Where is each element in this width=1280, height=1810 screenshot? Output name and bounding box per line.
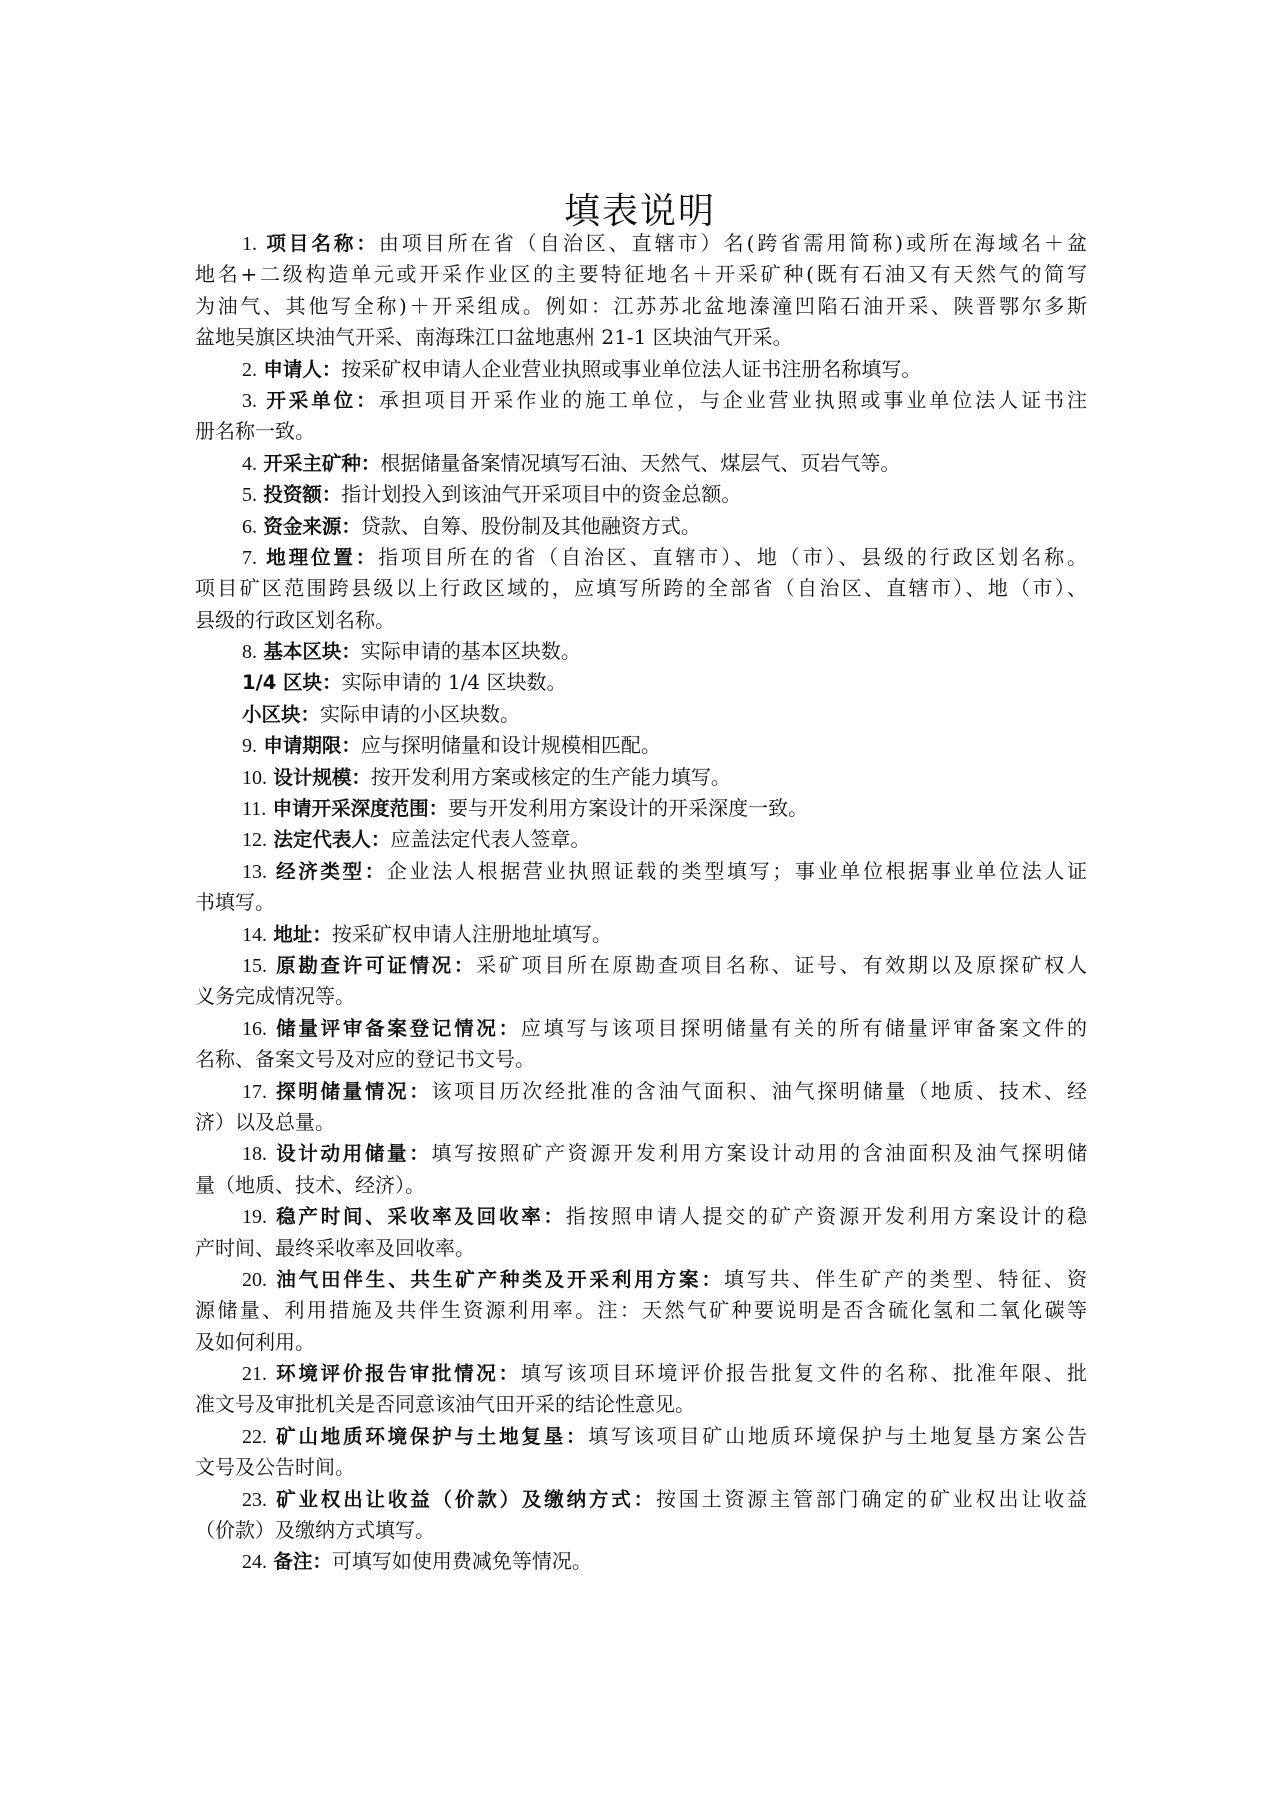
item-description: 义务完成情况等。: [195, 984, 355, 1008]
item-term-separator: ：: [371, 828, 391, 851]
item-term-separator: ：: [312, 1550, 332, 1573]
instruction-item: 12. 法定代表人：应盖法定代表人签章。: [195, 824, 1087, 855]
item-number: 14.: [242, 924, 267, 946]
item-description: 应填写与该项目探明储量有关的所有储量评审备案文件的: [521, 1016, 1087, 1040]
item-number: 19.: [242, 1206, 267, 1228]
item-term: 备注: [273, 1550, 312, 1573]
item-number: 24.: [242, 1551, 267, 1573]
item-number: 1.: [242, 233, 257, 255]
item-term-separator: ：: [499, 1362, 521, 1385]
item-term-separator: ：: [429, 797, 449, 820]
item-term-separator: ：: [351, 766, 371, 789]
item-number: 8.: [242, 641, 257, 663]
item-description: 承担项目开采作业的施工单位，与企业营业执照或事业单位法人证书注: [379, 388, 1087, 412]
item-description: 要与开发利用方案设计的开采深度一致。: [448, 796, 808, 820]
item-description: 盆地吴旗区块油气开采、南海珠江口盆地惠州 21-1 区块油气开采。: [195, 325, 793, 349]
item-first-line: 2. 申请人：按采矿权申请人企业营业执照或事业单位法人证书注册名称填写。: [195, 354, 1087, 385]
item-first-line: 17. 探明储量情况：该项目历次经批准的含油气面积、油气探明储量（地质、技术、经: [195, 1076, 1087, 1107]
item-description: 实际申请的基本区块数。: [361, 639, 581, 663]
item-term: 基本区块: [263, 640, 341, 663]
item-term-separator: ：: [341, 734, 361, 757]
item-number: 6.: [242, 516, 257, 538]
item-term: 地址: [273, 923, 312, 946]
instruction-item: 21. 环境评价报告审批情况：填写该项目环境评价报告批复文件的名称、批准年限、批…: [195, 1358, 1087, 1421]
instructions-list: 1. 项目名称：由项目所在省（自治区、直辖市）名(跨省需用简称)或所在海域名＋盆…: [195, 228, 1087, 1578]
instruction-item: 7. 地理位置：指项目所在的省（自治区、直辖市）、地（市）、县级的行政区划名称。…: [195, 542, 1087, 636]
item-description: 册名称一致。: [195, 419, 315, 443]
item-term: 申请开采深度范围: [273, 797, 429, 820]
item-first-line: 14. 地址：按采矿权申请人注册地址填写。: [195, 919, 1087, 950]
instruction-item: 23. 矿业权出让收益（价款）及缴纳方式：按国土资源主管部门确定的矿业权出让收益…: [195, 1484, 1087, 1547]
item-description: 按采矿权申请人企业营业执照或事业单位法人证书注册名称填写。: [341, 357, 921, 381]
item-first-line: 7. 地理位置：指项目所在的省（自治区、直辖市）、地（市）、县级的行政区划名称。: [195, 542, 1087, 573]
item-term: 申请期限: [263, 734, 341, 757]
item-term: 环境评价报告审批情况: [276, 1362, 499, 1385]
item-first-line: 22. 矿山地质环境保护与土地复垦：填写该项目矿山地质环境保护与土地复垦方案公告: [195, 1421, 1087, 1452]
item-first-line: 8. 基本区块：实际申请的基本区块数。: [195, 636, 1087, 667]
item-term-separator: ：: [322, 358, 342, 381]
item-description: 企业法人根据营业执照证载的类型填写；事业单位根据事业单位法人证: [387, 859, 1087, 883]
item-continuation-line: 地名+二级构造单元或开采作业区的主要特征地名＋开采矿种(既有石油又有天然气的简写: [195, 259, 1087, 290]
item-first-line: 6. 资金来源：贷款、自筹、股份制及其他融资方式。: [195, 511, 1087, 542]
instruction-item: 14. 地址：按采矿权申请人注册地址填写。: [195, 919, 1087, 950]
item-first-line: 1/4 区块：实际申请的 1/4 区块数。: [195, 667, 1087, 698]
item-number: 11.: [242, 798, 266, 820]
instruction-item: 8. 基本区块：实际申请的基本区块数。: [195, 636, 1087, 667]
item-number: 13.: [242, 861, 267, 883]
item-term: 矿业权出让收益（价款）及缴纳方式: [276, 1488, 633, 1511]
item-description: 实际申请的小区块数。: [320, 702, 520, 726]
item-term-separator: ：: [566, 1425, 588, 1448]
item-continuation-line: 项目矿区范围跨县级以上行政区域的，应填写所跨的全部省（自治区、直辖市）、地（市）…: [195, 573, 1087, 604]
item-term: 小区块: [242, 703, 301, 726]
instruction-item: 13. 经济类型：企业法人根据营业执照证载的类型填写；事业单位根据事业单位法人证…: [195, 856, 1087, 919]
instruction-item: 20. 油气田伴生、共生矿产种类及开采利用方案：填写共、伴生矿产的类型、特征、资…: [195, 1264, 1087, 1358]
item-description: 按开发利用方案或核定的生产能力填写。: [371, 765, 731, 789]
item-continuation-line: 源储量、利用措施及共伴生资源利用率。注：天然气矿种要说明是否含硫化氢和二氧化碳等: [195, 1295, 1087, 1326]
item-first-line: 10. 设计规模：按开发利用方案或核定的生产能力填写。: [195, 762, 1087, 793]
item-description: 填写按照矿产资源开发利用方案设计动用的含油面积及油气探明储: [431, 1141, 1087, 1165]
instruction-item: 3. 开采单位：承担项目开采作业的施工单位，与企业营业执照或事业单位法人证书注册…: [195, 385, 1087, 448]
item-description: 为油气、其他写全称)＋开采组成。例如：江苏苏北盆地溱潼凹陷石油开采、陕晋鄂尔多斯: [195, 294, 1087, 318]
item-number: 7.: [242, 547, 257, 569]
item-continuation-line: 义务完成情况等。: [195, 981, 1087, 1012]
item-term-separator: ：: [701, 1268, 723, 1291]
item-term: 1/4 区块: [242, 671, 322, 694]
item-number: 15.: [242, 955, 267, 977]
item-first-line: 16. 储量评审备案登记情况：应填写与该项目探明储量有关的所有储量评审备案文件的: [195, 1013, 1087, 1044]
item-description: 指计划投入到该油气开采项目中的资金总额。: [341, 482, 741, 506]
item-term: 探明储量情况: [276, 1080, 409, 1103]
item-term: 地理位置: [266, 546, 355, 569]
item-first-line: 12. 法定代表人：应盖法定代表人签章。: [195, 824, 1087, 855]
instruction-item: 19. 稳产时间、采收率及回收率：指按照申请人提交的矿产资源开发利用方案设计的稳…: [195, 1201, 1087, 1264]
instruction-item: 22. 矿山地质环境保护与土地复垦：填写该项目矿山地质环境保护与土地复垦方案公告…: [195, 1421, 1087, 1484]
item-description: 项目矿区范围跨县级以上行政区域的，应填写所跨的全部省（自治区、直辖市）、地（市）…: [195, 576, 1087, 600]
item-term-separator: ：: [544, 1205, 566, 1228]
item-term-separator: ：: [356, 232, 379, 255]
item-term: 开采主矿种: [263, 452, 361, 475]
item-continuation-line: 产时间、最终采收率及回收率。: [195, 1233, 1087, 1264]
item-term-separator: ：: [409, 1142, 431, 1165]
item-description: 指按照申请人提交的矿产资源开发利用方案设计的稳: [566, 1204, 1087, 1228]
item-number: 18.: [242, 1143, 267, 1165]
item-description: 由项目所在省（自治区、直辖市）名(跨省需用简称)或所在海域名＋盆: [379, 231, 1087, 255]
item-description: 该项目历次经批准的含油气面积、油气探明储量（地质、技术、经: [431, 1079, 1087, 1103]
item-number: 21.: [242, 1363, 267, 1385]
instruction-item: 9. 申请期限：应与探明储量和设计规模相匹配。: [195, 730, 1087, 761]
item-continuation-line: 文号及公告时间。: [195, 1452, 1087, 1483]
item-term-separator: ：: [454, 954, 476, 977]
item-number: 20.: [242, 1269, 267, 1291]
item-continuation-line: 县级的行政区划名称。: [195, 605, 1087, 636]
item-term: 稳产时间、采收率及回收率: [276, 1205, 543, 1228]
item-number: 2.: [242, 359, 257, 381]
item-description: 地名+二级构造单元或开采作业区的主要特征地名＋开采矿种(既有石油又有天然气的简写: [195, 262, 1087, 286]
item-description: 名称、备案文号及对应的登记书文号。: [195, 1047, 535, 1071]
item-description: 准文号及审批机关是否同意该油气田开采的结论性意见。: [195, 1392, 695, 1416]
item-number: 12.: [242, 829, 267, 851]
item-continuation-line: 准文号及审批机关是否同意该油气田开采的结论性意见。: [195, 1389, 1087, 1420]
item-number: 22.: [242, 1426, 267, 1448]
item-description: 填写该项目矿山地质环境保护与土地复垦方案公告: [588, 1424, 1087, 1448]
item-description: 产时间、最终采收率及回收率。: [195, 1236, 475, 1260]
item-term-separator: ：: [356, 389, 378, 412]
item-number: 16.: [242, 1018, 267, 1040]
item-term-separator: ：: [301, 703, 321, 726]
instruction-item: 5. 投资额：指计划投入到该油气开采项目中的资金总额。: [195, 479, 1087, 510]
item-continuation-line: （价款）及缴纳方式填写。: [195, 1515, 1087, 1546]
item-first-line: 24. 备注：可填写如使用费减免等情况。: [195, 1546, 1087, 1577]
instruction-item: 10. 设计规模：按开发利用方案或核定的生产能力填写。: [195, 762, 1087, 793]
item-term-separator: ：: [341, 640, 361, 663]
item-first-line: 23. 矿业权出让收益（价款）及缴纳方式：按国土资源主管部门确定的矿业权出让收益: [195, 1484, 1087, 1515]
item-description: 指项目所在的省（自治区、直辖市）、地（市）、县级的行政区划名称。: [378, 545, 1087, 569]
item-term: 资金来源: [263, 515, 341, 538]
instruction-item: 18. 设计动用储量：填写按照矿产资源开发利用方案设计动用的含油面积及油气探明储…: [195, 1138, 1087, 1201]
item-description: 文号及公告时间。: [195, 1455, 355, 1479]
item-first-line: 11. 申请开采深度范围：要与开发利用方案设计的开采深度一致。: [195, 793, 1087, 824]
instruction-item: 15. 原勘查许可证情况：采矿项目所在原勘查项目名称、证号、有效期以及原探矿权人…: [195, 950, 1087, 1013]
item-continuation-line: 济）以及总量。: [195, 1107, 1087, 1138]
item-term: 开采单位: [266, 389, 356, 412]
item-description: 按采矿权申请人注册地址填写。: [332, 922, 612, 946]
instruction-item: 1/4 区块：实际申请的 1/4 区块数。: [195, 667, 1087, 698]
item-description: 填写共、伴生矿产的类型、特征、资: [724, 1267, 1087, 1291]
instruction-item: 2. 申请人：按采矿权申请人企业营业执照或事业单位法人证书注册名称填写。: [195, 354, 1087, 385]
instruction-item: 6. 资金来源：贷款、自筹、股份制及其他融资方式。: [195, 511, 1087, 542]
item-number: 4.: [242, 453, 257, 475]
item-term-separator: ：: [322, 483, 342, 506]
item-term-separator: ：: [499, 1017, 521, 1040]
item-continuation-line: 量（地质、技术、经济）。: [195, 1170, 1087, 1201]
item-description: 按国土资源主管部门确定的矿业权出让收益: [656, 1487, 1087, 1511]
item-description: 应盖法定代表人签章。: [390, 827, 590, 851]
item-number: 3.: [242, 390, 257, 412]
item-description: 县级的行政区划名称。: [195, 608, 395, 632]
item-term: 经济类型: [276, 860, 365, 883]
item-continuation-line: 书填写。: [195, 887, 1087, 918]
item-term: 原勘查许可证情况: [276, 954, 454, 977]
item-first-line: 19. 稳产时间、采收率及回收率：指按照申请人提交的矿产资源开发利用方案设计的稳: [195, 1201, 1087, 1232]
item-first-line: 3. 开采单位：承担项目开采作业的施工单位，与企业营业执照或事业单位法人证书注: [195, 385, 1087, 416]
item-description: 根据储量备案情况填写石油、天然气、煤层气、页岩气等。: [380, 451, 900, 475]
item-first-line: 20. 油气田伴生、共生矿产种类及开采利用方案：填写共、伴生矿产的类型、特征、资: [195, 1264, 1087, 1295]
instruction-item: 24. 备注：可填写如使用费减免等情况。: [195, 1546, 1087, 1577]
item-description: 应与探明储量和设计规模相匹配。: [361, 733, 661, 757]
item-continuation-line: 及如何利用。: [195, 1327, 1087, 1358]
item-description: 填写该项目环境评价报告批复文件的名称、批准年限、批: [521, 1361, 1087, 1385]
item-term: 申请人: [263, 358, 322, 381]
item-first-line: 18. 设计动用储量：填写按照矿产资源开发利用方案设计动用的含油面积及油气探明储: [195, 1138, 1087, 1169]
item-term: 投资额: [263, 483, 322, 506]
item-number: 23.: [242, 1489, 267, 1511]
item-continuation-line: 册名称一致。: [195, 416, 1087, 447]
item-term-separator: ：: [356, 546, 378, 569]
item-first-line: 9. 申请期限：应与探明储量和设计规模相匹配。: [195, 730, 1087, 761]
item-term-separator: ：: [322, 671, 342, 694]
item-continuation-line: 盆地吴旗区块油气开采、南海珠江口盆地惠州 21-1 区块油气开采。: [195, 322, 1087, 353]
item-description: 实际申请的 1/4 区块数。: [342, 670, 567, 694]
item-description: 贷款、自筹、股份制及其他融资方式。: [361, 514, 701, 538]
item-term-separator: ：: [634, 1488, 656, 1511]
instruction-item: 16. 储量评审备案登记情况：应填写与该项目探明储量有关的所有储量评审备案文件的…: [195, 1013, 1087, 1076]
item-description: 采矿项目所在原勘查项目名称、证号、有效期以及原探矿权人: [476, 953, 1087, 977]
item-term: 设计动用储量: [276, 1142, 409, 1165]
item-description: （价款）及缴纳方式填写。: [195, 1518, 435, 1542]
item-continuation-line: 名称、备案文号及对应的登记书文号。: [195, 1044, 1087, 1075]
instruction-item: 17. 探明储量情况：该项目历次经批准的含油气面积、油气探明储量（地质、技术、经…: [195, 1076, 1087, 1139]
item-term: 法定代表人: [273, 828, 371, 851]
document-page: 填表说明 1. 项目名称：由项目所在省（自治区、直辖市）名(跨省需用简称)或所在…: [0, 0, 1280, 1810]
item-first-line: 21. 环境评价报告审批情况：填写该项目环境评价报告批复文件的名称、批准年限、批: [195, 1358, 1087, 1389]
item-description: 及如何利用。: [195, 1330, 315, 1354]
item-number: 5.: [242, 484, 257, 506]
item-description: 源储量、利用措施及共伴生资源利用率。注：天然气矿种要说明是否含硫化氢和二氧化碳等: [195, 1298, 1087, 1322]
item-first-line: 13. 经济类型：企业法人根据营业执照证载的类型填写；事业单位根据事业单位法人证: [195, 856, 1087, 887]
item-description: 书填写。: [195, 890, 275, 914]
item-term-separator: ：: [361, 452, 381, 475]
item-first-line: 1. 项目名称：由项目所在省（自治区、直辖市）名(跨省需用简称)或所在海域名＋盆: [195, 228, 1087, 259]
item-number: 10.: [242, 767, 267, 789]
item-first-line: 小区块：实际申请的小区块数。: [195, 699, 1087, 730]
item-term: 油气田伴生、共生矿产种类及开采利用方案: [276, 1268, 701, 1291]
item-continuation-line: 为油气、其他写全称)＋开采组成。例如：江苏苏北盆地溱潼凹陷石油开采、陕晋鄂尔多斯: [195, 291, 1087, 322]
item-description: 可填写如使用费减免等情况。: [332, 1549, 592, 1573]
item-term: 项目名称: [266, 232, 356, 255]
item-term: 矿山地质环境保护与土地复垦: [276, 1425, 566, 1448]
item-term-separator: ：: [312, 923, 332, 946]
item-term: 储量评审备案登记情况: [276, 1017, 499, 1040]
item-first-line: 15. 原勘查许可证情况：采矿项目所在原勘查项目名称、证号、有效期以及原探矿权人: [195, 950, 1087, 981]
item-term: 设计规模: [273, 766, 351, 789]
instruction-item: 1. 项目名称：由项目所在省（自治区、直辖市）名(跨省需用简称)或所在海域名＋盆…: [195, 228, 1087, 354]
item-description: 济）以及总量。: [195, 1110, 335, 1134]
item-first-line: 5. 投资额：指计划投入到该油气开采项目中的资金总额。: [195, 479, 1087, 510]
instruction-item: 11. 申请开采深度范围：要与开发利用方案设计的开采深度一致。: [195, 793, 1087, 824]
item-number: 17.: [242, 1081, 267, 1103]
item-description: 量（地质、技术、经济）。: [195, 1173, 425, 1197]
instruction-item: 小区块：实际申请的小区块数。: [195, 699, 1087, 730]
item-number: 9.: [242, 735, 257, 757]
item-first-line: 4. 开采主矿种：根据储量备案情况填写石油、天然气、煤层气、页岩气等。: [195, 448, 1087, 479]
item-term-separator: ：: [409, 1080, 431, 1103]
instruction-item: 4. 开采主矿种：根据储量备案情况填写石油、天然气、煤层气、页岩气等。: [195, 448, 1087, 479]
item-term-separator: ：: [365, 860, 387, 883]
item-term-separator: ：: [341, 515, 361, 538]
